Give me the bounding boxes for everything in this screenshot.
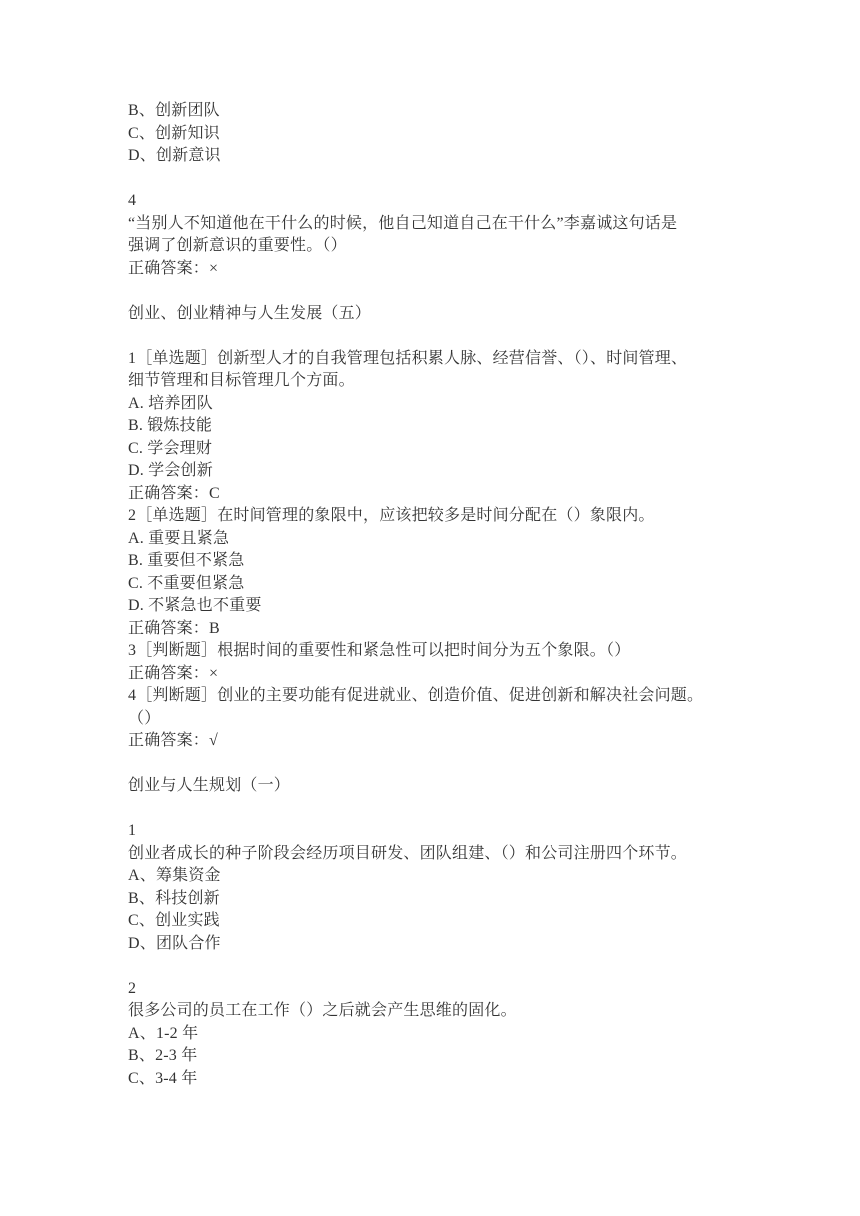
text-line [128,325,748,348]
text-line: C、创新知识 [128,123,748,146]
text-line: 正确答案：B [128,618,748,641]
document-text-block: B、创新团队C、创新知识D、创新意识 4“当别人不知道他在干什么的时候，他自己知… [128,100,748,1090]
text-line: 2 [128,978,748,1001]
text-line: 1 [128,820,748,843]
text-line: 4 [128,190,748,213]
text-line: B、科技创新 [128,888,748,911]
text-line: C. 学会理财 [128,438,748,461]
text-line [128,753,748,776]
text-line: 创业者成长的种子阶段会经历项目研发、团队组建、（）和公司注册四个环节。 [128,843,748,866]
text-line: D、团队合作 [128,933,748,956]
text-line: B. 重要但不紧急 [128,550,748,573]
text-line [128,280,748,303]
text-line: B、2-3 年 [128,1045,748,1068]
text-line: 4［判断题］创业的主要功能有促进就业、创造价值、促进创新和解决社会问题。 [128,685,748,708]
text-line: 强调了创新意识的重要性。（） [128,235,748,258]
text-line: 1［单选题］创新型人才的自我管理包括积累人脉、经营信誉、（）、时间管理、 [128,348,748,371]
text-line: 2［单选题］在时间管理的象限中，应该把较多是时间分配在（）象限内。 [128,505,748,528]
text-line: 细节管理和目标管理几个方面。 [128,370,748,393]
text-line: A、筹集资金 [128,865,748,888]
text-line: 创业与人生规划（一） [128,775,748,798]
text-line [128,798,748,821]
text-line: D、创新意识 [128,145,748,168]
text-line: 很多公司的员工在工作（）之后就会产生思维的固化。 [128,1000,748,1023]
text-line: A. 重要且紧急 [128,528,748,551]
text-line: C、3-4 年 [128,1068,748,1091]
text-line: 正确答案：√ [128,730,748,753]
text-line: 正确答案：C [128,483,748,506]
text-line [128,955,748,978]
text-line: B. 锻炼技能 [128,415,748,438]
text-line: A. 培养团队 [128,393,748,416]
text-line: D. 不紧急也不重要 [128,595,748,618]
text-line [128,168,748,191]
text-line: A、1-2 年 [128,1023,748,1046]
text-line: （） [128,708,748,731]
text-line: 正确答案：× [128,258,748,281]
text-line: C、创业实践 [128,910,748,933]
text-line: D. 学会创新 [128,460,748,483]
text-line: 正确答案：× [128,663,748,686]
text-line: 3［判断题］根据时间的重要性和紧急性可以把时间分为五个象限。（） [128,640,748,663]
text-line: C. 不重要但紧急 [128,573,748,596]
text-line: “当别人不知道他在干什么的时候，他自己知道自己在干什么”李嘉诚这句话是 [128,213,748,236]
text-line: B、创新团队 [128,100,748,123]
text-line: 创业、创业精神与人生发展（五） [128,303,748,326]
document-page: B、创新团队C、创新知识D、创新意识 4“当别人不知道他在干什么的时候，他自己知… [0,0,860,1216]
